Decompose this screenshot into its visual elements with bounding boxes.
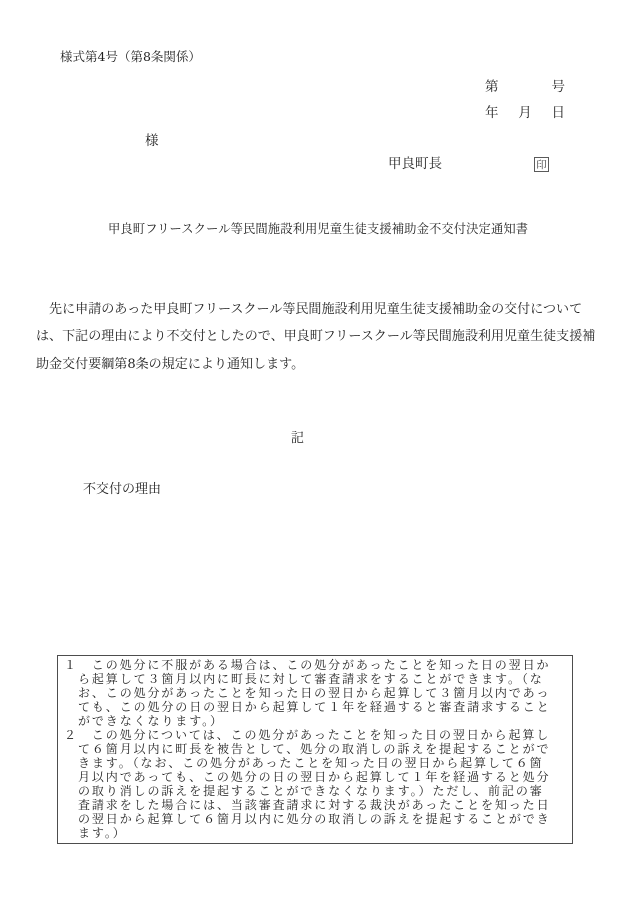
text-line: て６箇月以内に町長を被告として、処分の取消しの訴えを提起することがで [78,742,566,756]
document-number-line: 第 号 [485,81,565,95]
body-paragraph: 先に申請のあった甲良町フリースクール等民間施設利用児童生徒支援補助金の交付につい… [36,296,602,378]
text-line: ら起算して３箇月以内に町長に対して審査請求をすることができます。（な [78,672,566,686]
addressee-honorific: 様 [145,135,159,149]
text-line: 査請求をした場合には、当該審査請求に対する裁決があったことを知った日 [78,798,566,812]
notification-document-page: 様式第4号（第8条関係） 第 号 年 月 日 様 甲良町長 印 甲良町フリースク… [0,0,630,903]
text-line: お、この処分があったことを知った日の翌日から起算して３箇月以内であっ [78,686,566,700]
doc-number-prefix: 第 [485,81,499,95]
document-title: 甲良町フリースクール等民間施設利用児童生徒支援補助金不交付決定通知書 [108,223,528,235]
text-line: １ この処分に不服がある場合は、この処分があったことを知った日の翌日か [64,658,566,672]
text-line: ができなくなります。） [78,714,566,728]
ki-section-marker: 記 [291,432,304,445]
date-line: 年 月 日 [485,107,565,121]
appeal-notice-box: １ この処分に不服がある場合は、この処分があったことを知った日の翌日から起算して… [57,655,573,844]
text-line: 助金交付要綱第8条の規定により通知します。 [36,351,602,378]
text-line: は、下記の理由により不交付としたので、甲良町フリースクール等民間施設利用児童生徒… [36,323,602,350]
text-line: ２ この処分については、この処分があったことを知った日の翌日から起算し [64,728,566,742]
non-grant-reason-heading: 不交付の理由 [83,483,161,496]
sender-line: 甲良町長 印 [388,157,549,172]
date-day-label: 日 [552,107,566,121]
appeal-notice-item-2: ２ この処分については、この処分があったことを知った日の翌日から起算して６箇月以… [64,728,566,840]
text-line: 月以内であっても、この処分の日の翌日から起算して１年を経過すると処分 [78,770,566,784]
form-number-label: 様式第4号（第8条関係） [60,51,201,64]
text-line: ます。） [78,826,566,840]
seal-mark-icon: 印 [534,157,549,172]
date-month-label: 月 [518,107,532,121]
text-line: の取り消しの訴えを提起することができなくなります。）ただし、前記の審 [78,784,566,798]
doc-number-suffix: 号 [552,81,566,95]
text-line: きます。（なお、この処分があったことを知った日の翌日から起算して６箇 [78,756,566,770]
text-line: ても、この処分の日の翌日から起算して１年を経過すると審査請求すること [78,700,566,714]
text-line: 先に申請のあった甲良町フリースクール等民間施設利用児童生徒支援補助金の交付につい… [36,296,602,323]
sender-title: 甲良町長 [388,158,442,172]
date-year-label: 年 [485,107,499,121]
appeal-notice-item-1: １ この処分に不服がある場合は、この処分があったことを知った日の翌日から起算して… [64,658,566,728]
text-line: の翌日から起算して６箇月以内に処分の取消しの訴えを提起することができ [78,812,566,826]
